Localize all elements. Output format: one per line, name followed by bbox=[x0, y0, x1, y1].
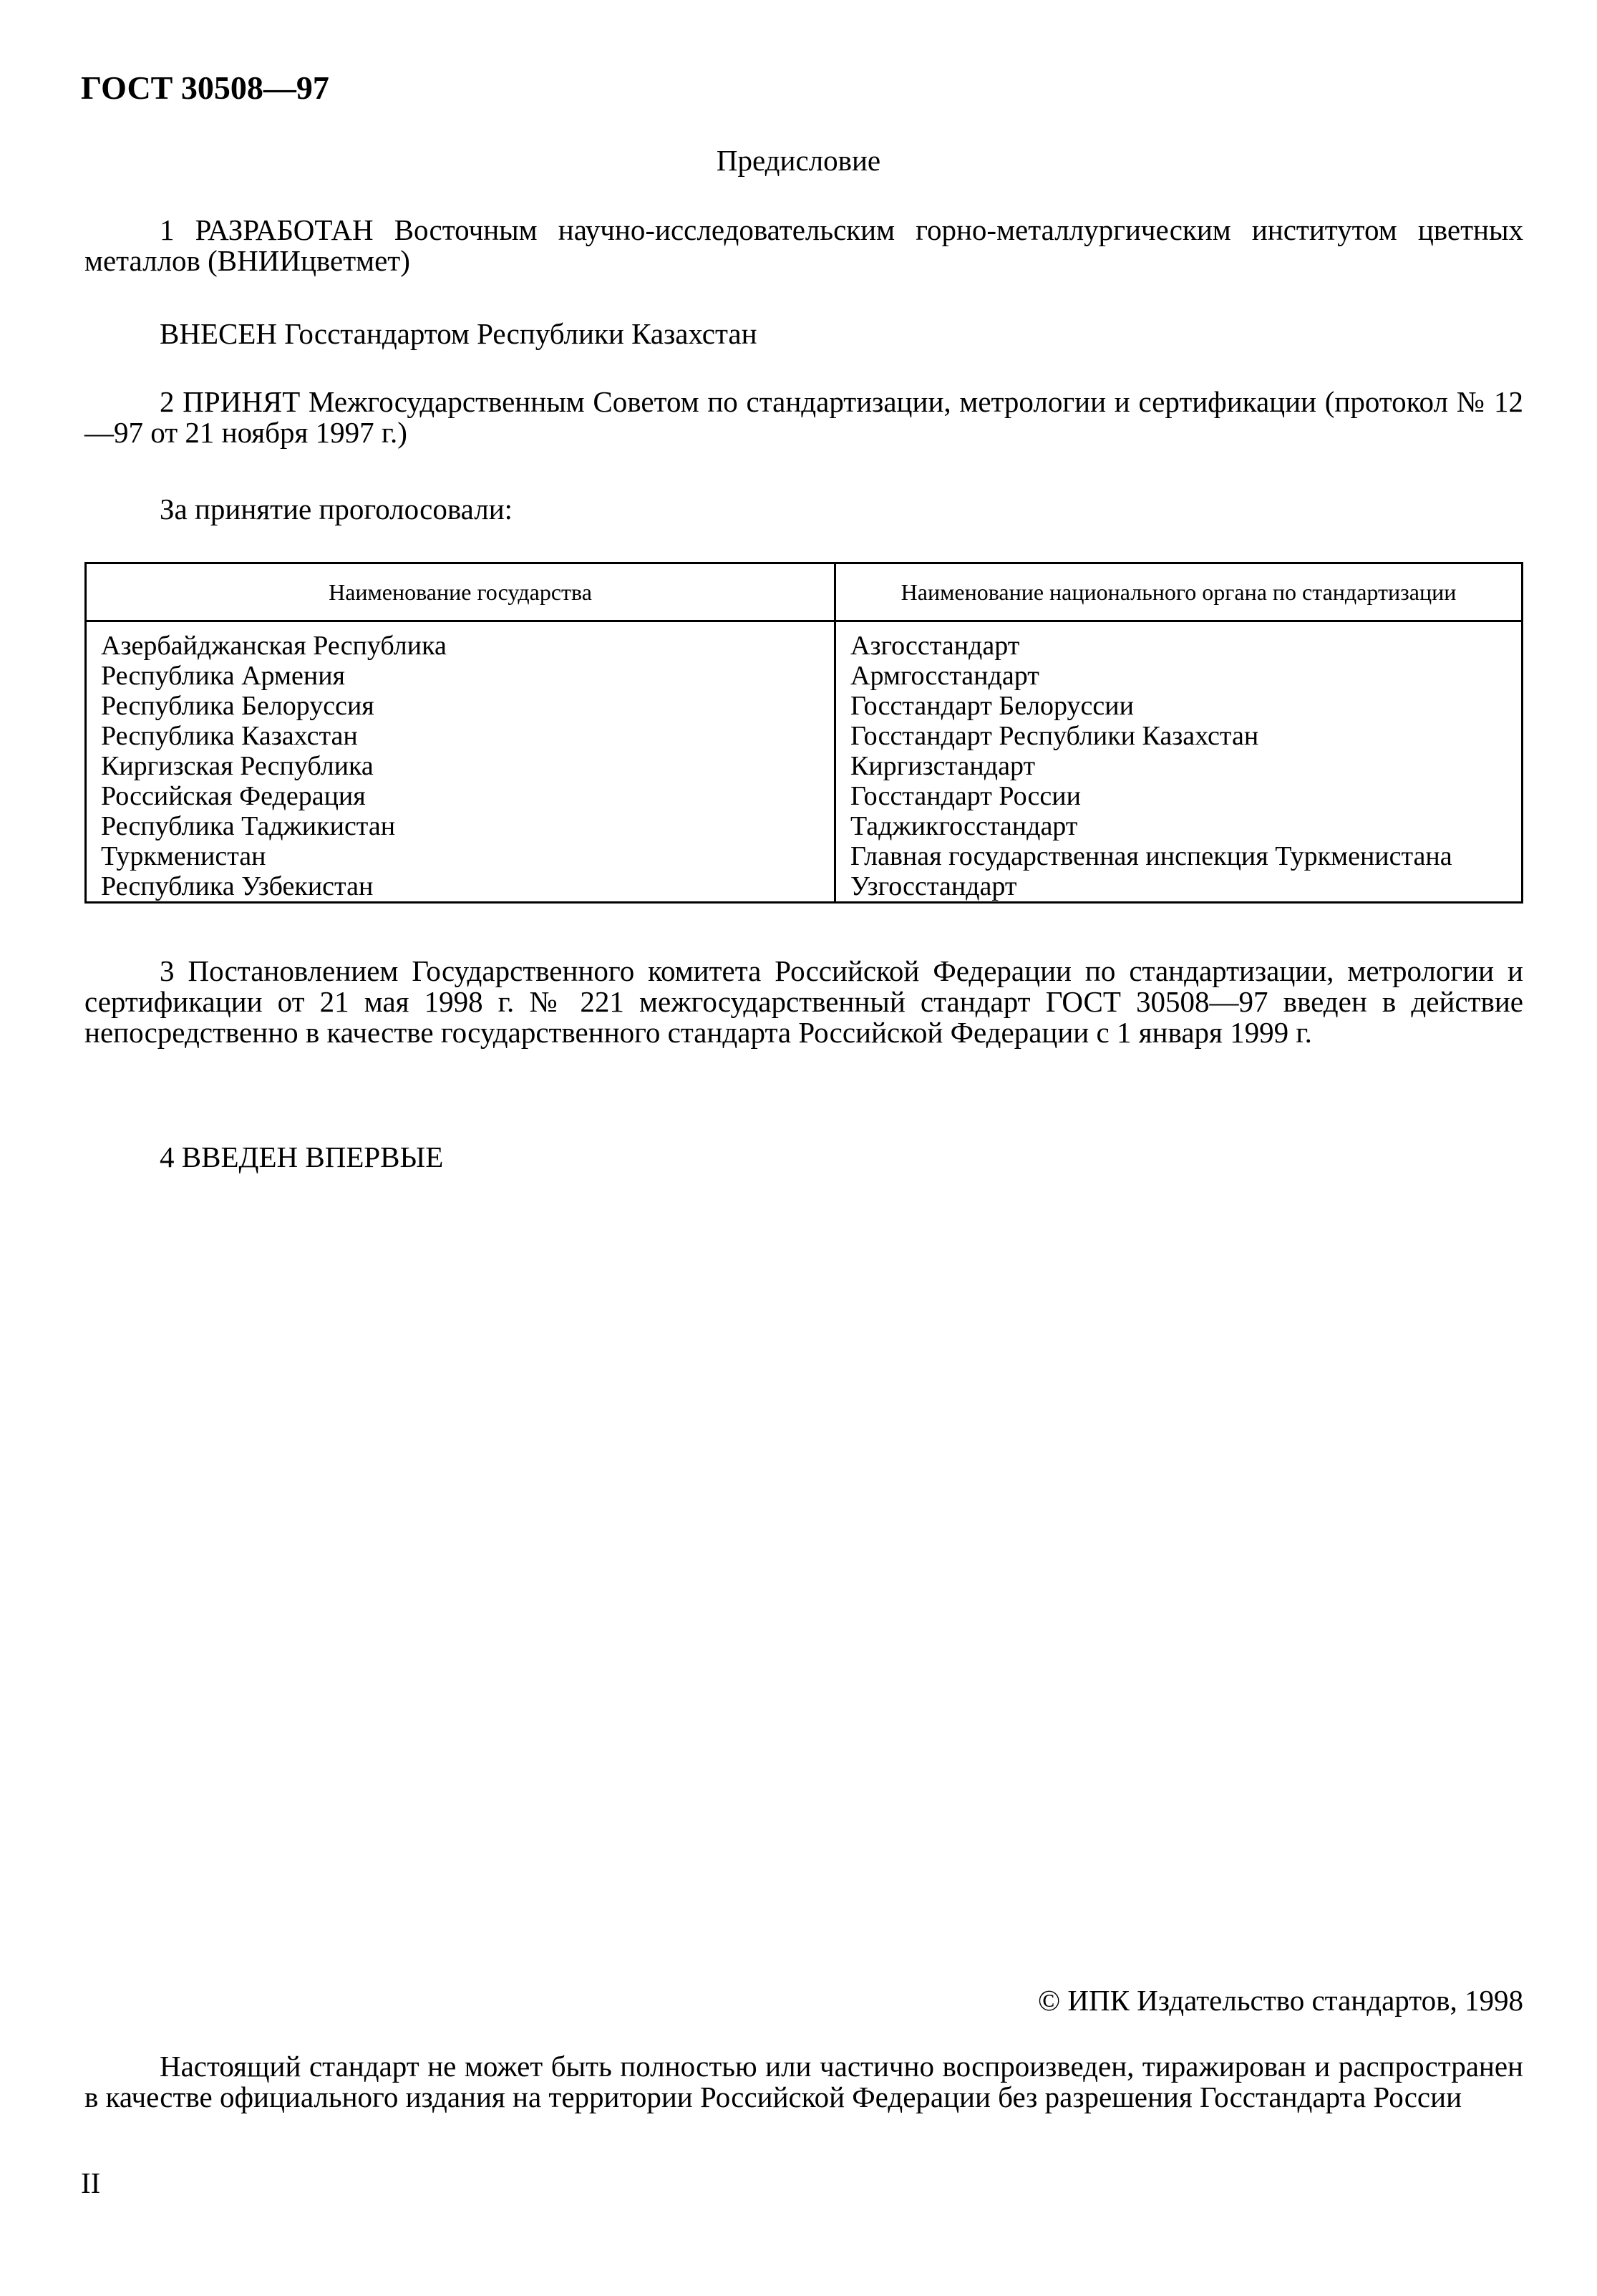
table-cell-body: Узгосстандарт bbox=[850, 871, 1507, 901]
table-cell-body: Главная государственная инспекция Туркме… bbox=[850, 841, 1507, 871]
table-cell-state: Республика Армения bbox=[101, 661, 820, 691]
table-cell-body: Армгосстандарт bbox=[850, 661, 1507, 691]
table-cell-state: Республика Казахстан bbox=[101, 721, 820, 751]
section-2-voted: За принятие проголосовали: bbox=[84, 494, 1523, 525]
reproduction-notice: Настоящий стандарт не может быть полност… bbox=[84, 2051, 1523, 2113]
table-cell-state: Республика Белоруссия bbox=[101, 691, 820, 721]
voting-states-table: Наименование государства Наименование на… bbox=[84, 562, 1523, 904]
table-cell-state: Туркменистан bbox=[101, 841, 820, 871]
document-id-header: ГОСТ 30508—97 bbox=[81, 69, 329, 107]
section-2-text: 2 ПРИНЯТ Межгосударственным Советом по с… bbox=[84, 385, 1523, 449]
page-number: II bbox=[81, 2166, 100, 2200]
table-cell-state: Республика Узбекистан bbox=[101, 871, 820, 901]
bodies-column: Азгосстандарт Армгосстандарт Госстандарт… bbox=[835, 621, 1523, 903]
column-header-body: Наименование национального органа по ста… bbox=[835, 563, 1523, 621]
table-cell-state: Российская Федерация bbox=[101, 781, 820, 811]
section-2b-text: За принятие проголосовали: bbox=[160, 493, 513, 525]
table-cell-body: Госстандарт Белоруссии bbox=[850, 691, 1507, 721]
section-4-first-introduced: 4 ВВЕДЕН ВПЕРВЫЕ bbox=[84, 1142, 1523, 1173]
states-column: Азербайджанская Республика Республика Ар… bbox=[86, 621, 835, 903]
table-cell-body: Азгосстандарт bbox=[850, 631, 1507, 661]
table-cell-body: Госстандарт Республики Казахстан bbox=[850, 721, 1507, 751]
table-body-row: Азербайджанская Республика Республика Ар… bbox=[86, 621, 1523, 903]
section-3-text: 3 Постановлением Государственного комите… bbox=[84, 954, 1523, 1049]
section-2-adopted: 2 ПРИНЯТ Межгосударственным Советом по с… bbox=[84, 387, 1523, 448]
section-1-submitted: ВНЕСЕН Госстандартом Республики Казахста… bbox=[84, 319, 1523, 349]
table-cell-state: Азербайджанская Республика bbox=[101, 631, 820, 661]
table-cell-state: Республика Таджикистан bbox=[101, 811, 820, 841]
table-cell-body: Киргизстандарт bbox=[850, 751, 1507, 781]
column-header-state: Наименование государства bbox=[86, 563, 835, 621]
page-title: Предисловие bbox=[0, 143, 1597, 178]
table-cell-state: Киргизская Республика bbox=[101, 751, 820, 781]
table-header-row: Наименование государства Наименование на… bbox=[86, 563, 1523, 621]
section-1-text: 1 РАЗРАБОТАН Восточным научно-исследоват… bbox=[84, 213, 1523, 277]
section-1-developed: 1 РАЗРАБОТАН Восточным научно-исследоват… bbox=[84, 215, 1523, 276]
copyright-notice: © ИПК Издательство стандартов, 1998 bbox=[1038, 1983, 1523, 2018]
section-4-text: 4 ВВЕДЕН ВПЕРВЫЕ bbox=[160, 1140, 443, 1173]
section-1b-text: ВНЕСЕН Госстандартом Республики Казахста… bbox=[160, 317, 757, 350]
section-3-enactment: 3 Постановлением Государственного комите… bbox=[84, 956, 1523, 1048]
reproduction-notice-text: Настоящий стандарт не может быть полност… bbox=[84, 2050, 1523, 2113]
table-cell-body: Таджикгосстандарт bbox=[850, 811, 1507, 841]
table-cell-body: Госстандарт России bbox=[850, 781, 1507, 811]
